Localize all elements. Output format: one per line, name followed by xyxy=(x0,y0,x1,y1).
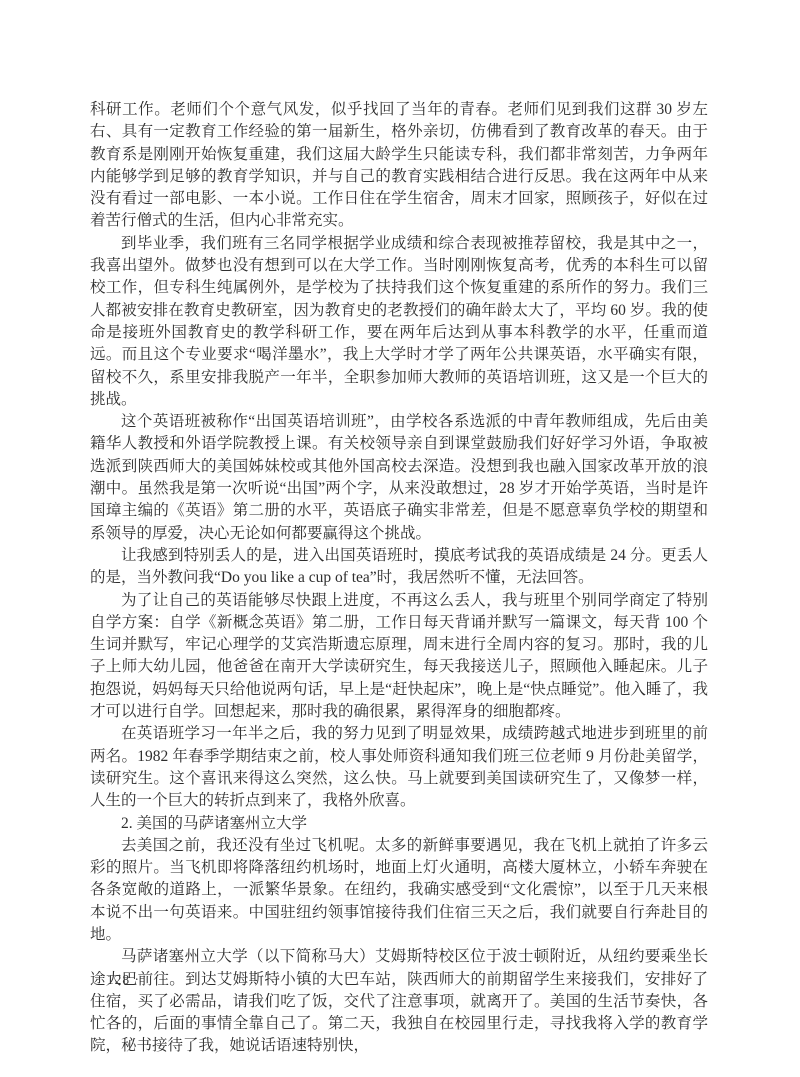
paragraph: 科研工作。老师们个个意气风发，似乎找回了当年的青春。老师们见到我们这群 30 岁… xyxy=(90,99,708,233)
book-page: 科研工作。老师们个个意气风发，似乎找回了当年的青春。老师们见到我们这群 30 岁… xyxy=(0,0,800,1077)
section-heading: 2. 美国的马萨诸塞州立大学 xyxy=(90,813,708,835)
page-number: · 128 · xyxy=(97,969,140,991)
page-body-text: 科研工作。老师们个个意气风发，似乎找回了当年的青春。老师们见到我们这群 30 岁… xyxy=(90,99,708,1058)
paragraph: 到毕业季，我们班有三名同学根据学业成绩和综合表现被推荐留校，我是其中之一，我喜出… xyxy=(90,233,708,411)
paragraph: 这个英语班被称作“出国英语培训班”，由学校各系选派的中青年教师组成，先后由美籍华… xyxy=(90,411,708,545)
paragraph: 让我感到特别丢人的是，进入出国英语班时，摸底考试我的英语成绩是 24 分。更丢人… xyxy=(90,545,708,590)
paragraph: 在英语班学习一年半之后，我的努力见到了明显效果，成绩跨越式地进步到班里的前两名。… xyxy=(90,723,708,812)
paragraph: 去美国之前，我还没有坐过飞机呢。太多的新鲜事要遇见，我在飞机上就拍了许多云彩的照… xyxy=(90,835,708,946)
paragraph: 马萨诸塞州立大学（以下简称马大）艾姆斯特校区位于波士顿附近，从纽约要乘坐长途大巴… xyxy=(90,946,708,1057)
paragraph: 为了让自己的英语能够尽快跟上进度，不再这么丢人，我与班里个别同学商定了特别自学方… xyxy=(90,590,708,724)
